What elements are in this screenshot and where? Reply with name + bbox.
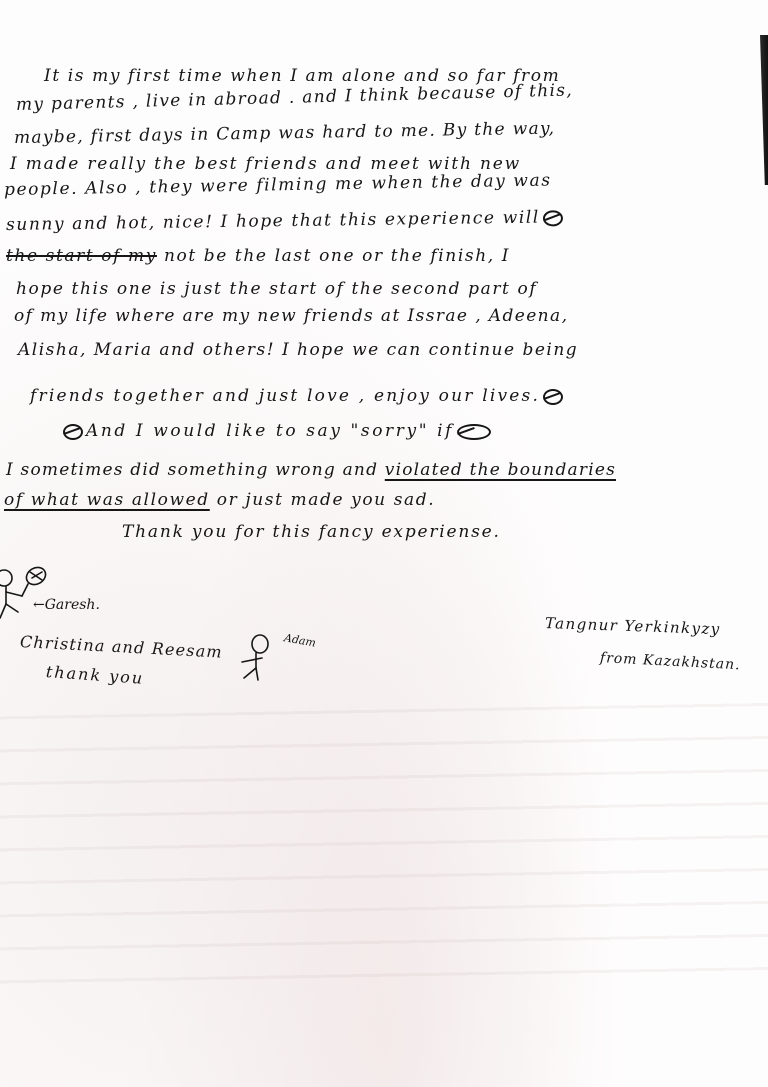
letter-page: It is my first time when I am alone and …	[0, 0, 768, 1087]
stick-figure-with-racket-icon	[0, 566, 60, 626]
scan-edge-shadow	[760, 35, 768, 185]
bleed-through-texture	[0, 700, 768, 1000]
letter-line-8: hope this one is just the start of the s…	[16, 279, 537, 299]
crossed-out-scribble-icon	[63, 424, 83, 440]
letter-line-10: Alisha, Maria and others! I hope we can …	[18, 340, 578, 360]
note-line-1: Christina and Reesam	[20, 632, 224, 662]
stick-figure-icon	[232, 634, 272, 684]
letter-line-11: friends together and just love , enjoy o…	[30, 386, 566, 406]
letter-line-6: sunny and hot, nice! I hope that this ex…	[6, 207, 566, 235]
line-7-text: not be the last one or the finish, I	[157, 246, 510, 266]
figure-label-garesh: ←Garesh.	[33, 597, 100, 613]
line-6-text: sunny and hot, nice! I hope that this ex…	[6, 208, 540, 235]
line-13-text: I sometimes did something wrong and	[6, 460, 385, 480]
signature-name: Tangnur Yerkinkyzy	[545, 614, 721, 638]
letter-line-14: of what was allowed or just made you sad…	[4, 490, 435, 510]
letter-line-15: Thank you for this fancy experiense.	[122, 522, 501, 542]
line-14-text: or just made you sad.	[210, 490, 436, 510]
crossed-out-scribble-icon	[543, 210, 563, 226]
crossed-out-scribble-icon	[543, 389, 563, 405]
underlined-text: violated the boundaries	[385, 460, 616, 480]
line-11-text: friends together and just love , enjoy o…	[30, 386, 540, 406]
letter-line-7: the start of my not be the last one or t…	[6, 246, 510, 266]
letter-line-3: maybe, first days in Camp was hard to me…	[14, 119, 556, 148]
note-line-2: thank you	[45, 662, 144, 688]
letter-line-5: people. Also , they were filming me when…	[4, 170, 552, 200]
letter-line-9: of my life where are my new friends at I…	[14, 306, 568, 326]
signature-origin: from Kazakhstan.	[600, 650, 741, 673]
figure-label-adam: Adam	[283, 631, 317, 649]
letter-line-12: And I would like to say "sorry" if	[60, 421, 494, 441]
letter-line-13: I sometimes did something wrong and viol…	[6, 460, 616, 480]
letter-line-4: I made really the best friends and meet …	[10, 154, 521, 174]
struck-text: the start of my	[6, 246, 157, 266]
underlined-text: of what was allowed	[4, 490, 210, 510]
crossed-out-scribble-icon	[457, 424, 491, 440]
line-12-text: And I would like to say "sorry" if	[86, 421, 454, 441]
